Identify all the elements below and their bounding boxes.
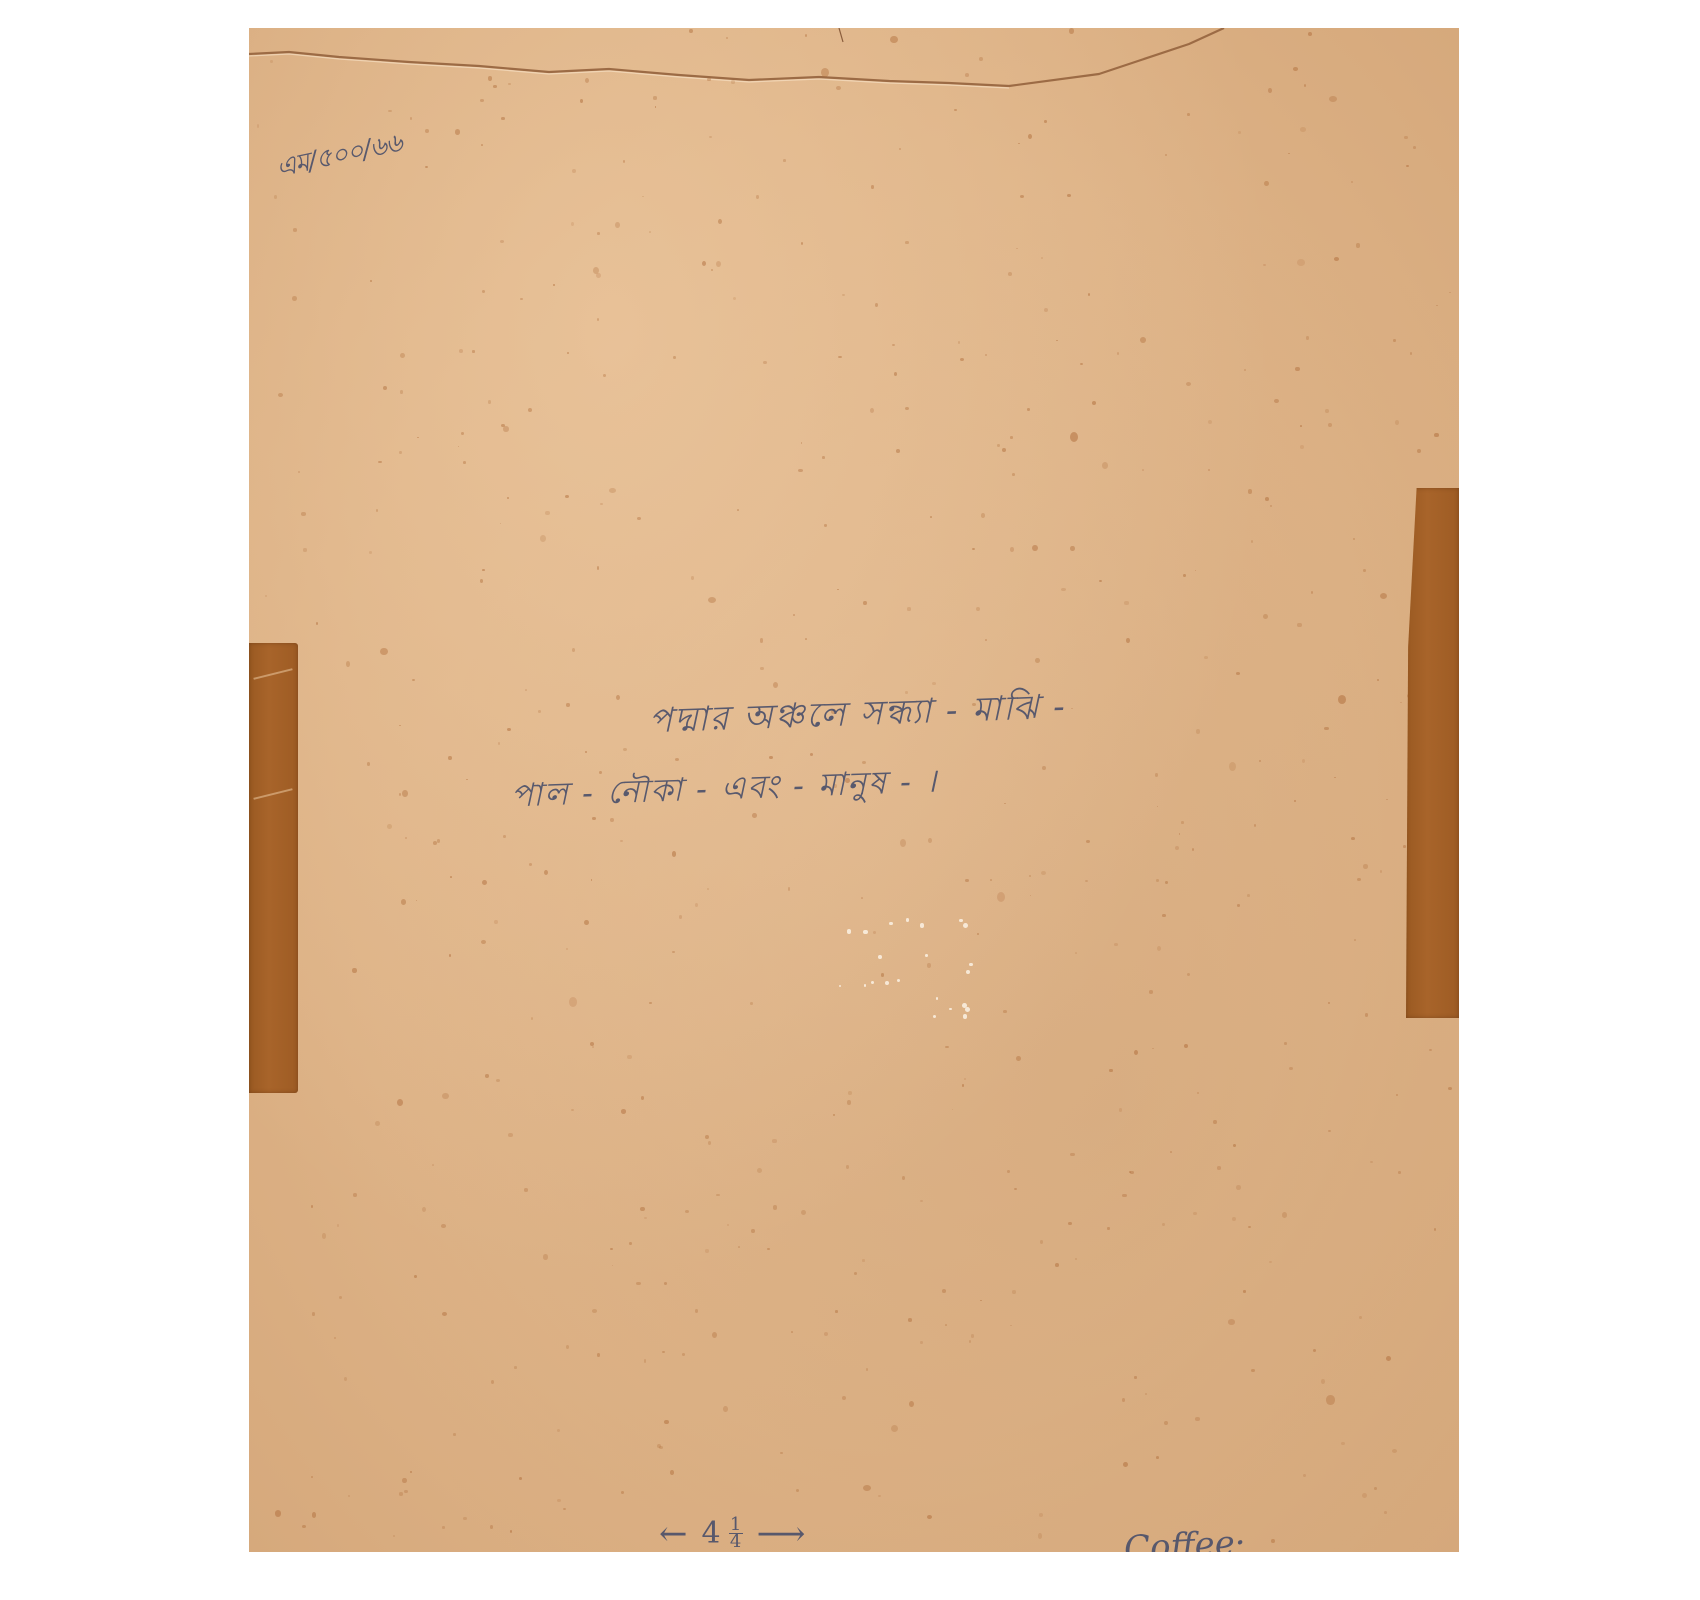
foxing-spot [1448, 1087, 1452, 1090]
foxing-spot [985, 354, 987, 356]
foxing-spot [1126, 638, 1130, 643]
foxing-spot [1434, 433, 1438, 437]
foxing-spot [793, 614, 795, 616]
foxing-spot [401, 899, 406, 905]
foxing-spot [1334, 257, 1339, 261]
foxing-spot [1030, 895, 1032, 896]
foxing-spot [1003, 1010, 1007, 1013]
foxing-spot [508, 1133, 512, 1137]
foxing-spot [767, 1248, 770, 1251]
foxing-spot [705, 1135, 709, 1139]
foxing-spot [1164, 1421, 1168, 1425]
foxing-spot [905, 407, 909, 410]
foxing-spot [620, 840, 623, 842]
foxing-spot [600, 503, 603, 506]
foxing-spot [848, 1091, 853, 1095]
measurement-whole: 4 [702, 1516, 721, 1551]
foxing-spot [750, 1002, 753, 1005]
foxing-spot [670, 1470, 675, 1475]
foxing-spot [265, 595, 267, 596]
foxing-spot [733, 297, 736, 300]
foxing-spot [894, 372, 897, 376]
foxing-spot [1041, 871, 1046, 875]
foxing-spot [821, 68, 829, 77]
right-tape-strip [1406, 488, 1459, 1018]
foxing-spot [603, 374, 606, 377]
foxing-spot [503, 835, 506, 838]
foxing-spot [1070, 546, 1074, 551]
foxing-spot [1295, 367, 1300, 371]
foxing-spot [708, 597, 716, 603]
foxing-spot [659, 1446, 663, 1449]
foxing-spot [891, 1425, 898, 1432]
foxing-spot [1386, 799, 1388, 801]
foxing-spot [367, 762, 370, 765]
foxing-spot [496, 1079, 500, 1082]
foxing-spot [1328, 423, 1332, 427]
foxing-spot [1186, 382, 1191, 386]
foxing-spot [1429, 1049, 1432, 1052]
foxing-spot [414, 1275, 417, 1278]
foxing-spot [702, 261, 706, 266]
foxing-spot [1251, 1369, 1255, 1373]
foxing-spot [510, 1530, 513, 1533]
foxing-spot [1328, 1002, 1330, 1004]
foxing-spot [1380, 870, 1383, 873]
aged-board: এম/৫০০/৬৬ পদ্মার অঞ্চলে সন্ধ্যা - মাঝি -… [249, 28, 1459, 1552]
foxing-spot [1434, 1228, 1437, 1231]
foxing-spot [590, 1042, 594, 1046]
foxing-spot [1289, 1067, 1292, 1070]
light-fleck [906, 918, 909, 921]
foxing-spot [275, 1510, 282, 1517]
foxing-spot [1282, 1212, 1287, 1218]
foxing-spot [908, 1318, 913, 1322]
foxing-spot [738, 1246, 741, 1248]
foxing-spot [1038, 1533, 1043, 1539]
foxing-spot [1244, 369, 1246, 371]
foxing-spot [1002, 448, 1006, 452]
foxing-spot [567, 352, 569, 354]
tape-wrinkle [253, 668, 292, 680]
foxing-spot [507, 497, 509, 498]
foxing-spot [571, 1109, 574, 1111]
foxing-spot [1334, 777, 1336, 779]
foxing-spot [1117, 352, 1119, 355]
foxing-spot [1156, 879, 1159, 883]
signature: Coffee· [1123, 1523, 1247, 1552]
foxing-spot [928, 838, 932, 843]
foxing-spot [571, 222, 574, 226]
foxing-spot [1248, 1226, 1251, 1228]
foxing-spot [488, 76, 492, 81]
foxing-spot [712, 1332, 717, 1338]
foxing-spot [1075, 1258, 1077, 1260]
foxing-spot [673, 356, 676, 359]
light-fleck [885, 981, 889, 985]
foxing-spot [388, 110, 391, 113]
foxing-spot [1228, 1319, 1235, 1325]
foxing-spot [1016, 1056, 1021, 1061]
foxing-spot [900, 839, 906, 847]
foxing-spot [1016, 248, 1018, 249]
foxing-spot [637, 517, 641, 521]
foxing-spot [1041, 257, 1043, 259]
foxing-spot [1092, 401, 1097, 406]
foxing-spot [1238, 131, 1242, 134]
foxing-spot [507, 728, 511, 731]
foxing-spot [501, 424, 505, 427]
foxing-spot [449, 954, 452, 957]
foxing-spot [322, 1233, 326, 1239]
foxing-spot [480, 99, 484, 102]
foxing-spot [1040, 1240, 1044, 1244]
foxing-spot [1288, 153, 1290, 154]
foxing-spot [540, 535, 546, 542]
foxing-spot [649, 1002, 651, 1005]
foxing-spot [621, 1491, 624, 1494]
foxing-spot [1325, 409, 1329, 413]
foxing-spot [442, 1312, 447, 1316]
foxing-spot [863, 601, 866, 605]
foxing-spot [873, 931, 876, 934]
foxing-spot [376, 509, 378, 511]
light-fleck [933, 1015, 936, 1018]
foxing-spot [1157, 946, 1161, 951]
paper-crease-line [249, 28, 1459, 108]
foxing-spot [1354, 939, 1356, 941]
left-tape-strip [249, 643, 298, 1093]
foxing-spot [1042, 766, 1046, 771]
foxing-spot [1380, 593, 1387, 599]
foxing-spot [682, 1353, 685, 1356]
foxing-spot [565, 495, 569, 499]
foxing-spot [566, 703, 570, 706]
light-fleck [963, 1014, 968, 1019]
foxing-spot [1195, 1417, 1200, 1421]
foxing-spot [302, 1525, 306, 1528]
catalog-code-mark: এম/৫০০/৬৬ [272, 122, 406, 191]
foxing-spot [1035, 658, 1039, 663]
foxing-spot [664, 1282, 668, 1285]
foxing-spot [1263, 264, 1266, 266]
foxing-spot [1393, 339, 1395, 342]
foxing-spot [805, 638, 808, 640]
foxing-spot [610, 1248, 613, 1250]
light-fleck [936, 997, 939, 1000]
foxing-spot [763, 361, 767, 365]
foxing-spot [824, 1332, 829, 1337]
foxing-spot [1119, 1108, 1123, 1111]
foxing-spot [488, 400, 491, 404]
foxing-spot [348, 1495, 351, 1498]
foxing-spot [597, 1353, 600, 1356]
foxing-spot [985, 639, 987, 641]
foxing-spot [514, 1366, 517, 1368]
foxing-spot [1039, 1513, 1044, 1517]
foxing-spot [425, 166, 428, 169]
foxing-spot [796, 1489, 799, 1492]
foxing-spot [716, 1194, 719, 1196]
foxing-spot [1107, 1227, 1109, 1230]
foxing-spot [1213, 1120, 1216, 1124]
foxing-spot [1386, 1356, 1391, 1361]
foxing-spot [905, 241, 908, 244]
foxing-spot [1392, 1449, 1397, 1453]
foxing-spot [344, 1377, 347, 1381]
fraction-denominator: 4 [730, 1534, 741, 1550]
foxing-spot [791, 1331, 793, 1333]
foxing-spot [399, 451, 402, 455]
foxing-spot [404, 1490, 408, 1493]
foxing-spot [402, 790, 408, 797]
light-fleck [889, 922, 892, 925]
foxing-spot [969, 1340, 971, 1342]
foxing-spot [1436, 305, 1438, 307]
foxing-spot [1254, 824, 1257, 827]
foxing-spot [1123, 1462, 1128, 1467]
foxing-spot [490, 1525, 493, 1529]
foxing-spot [293, 228, 297, 231]
light-fleck [969, 963, 972, 966]
foxing-spot [482, 290, 485, 293]
foxing-spot [1028, 134, 1032, 139]
foxing-spot [292, 296, 297, 300]
foxing-spot [641, 1096, 645, 1100]
foxing-spot [997, 892, 1005, 902]
foxing-spot [1359, 1316, 1362, 1320]
foxing-spot [1155, 773, 1158, 777]
foxing-spot [870, 408, 874, 413]
light-fleck [962, 1003, 967, 1008]
foxing-spot [945, 1324, 947, 1326]
foxing-spot [1236, 672, 1240, 675]
foxing-spot [1321, 1379, 1325, 1384]
foxing-spot [1055, 1263, 1059, 1267]
foxing-spot [709, 136, 712, 139]
foxing-spot [442, 1526, 445, 1528]
foxing-spot [378, 461, 382, 464]
foxing-spot [1293, 67, 1298, 70]
width-measurement: ← 4 1 4 ⟶ [659, 1516, 805, 1551]
foxing-spot [425, 129, 429, 133]
foxing-spot [303, 548, 306, 551]
light-fleck [959, 919, 962, 922]
foxing-spot [945, 1046, 949, 1049]
foxing-spot [629, 1242, 632, 1245]
foxing-spot [997, 444, 1000, 447]
foxing-spot [612, 1265, 614, 1267]
foxing-spot [1010, 436, 1013, 438]
light-fleck [920, 923, 924, 927]
foxing-spot [981, 513, 986, 518]
foxing-spot [1122, 1398, 1126, 1402]
foxing-spot [727, 1224, 729, 1226]
foxing-spot [1027, 408, 1030, 411]
foxing-spot [596, 273, 601, 278]
foxing-spot [1300, 445, 1304, 449]
foxing-spot [400, 353, 405, 358]
foxing-spot [399, 1492, 403, 1495]
foxing-spot [1145, 1393, 1147, 1395]
foxing-spot [1263, 614, 1268, 619]
foxing-spot [563, 1508, 566, 1510]
foxing-spot [769, 756, 773, 759]
foxing-spot [757, 1168, 763, 1174]
foxing-spot [1404, 136, 1408, 140]
foxing-spot [528, 408, 533, 413]
foxing-spot [1070, 1153, 1075, 1157]
foxing-spot [640, 1207, 645, 1212]
foxing-spot [960, 358, 964, 361]
foxing-spot [1351, 837, 1355, 840]
foxing-spot [370, 280, 372, 282]
foxing-spot [1070, 432, 1078, 442]
foxing-spot [1400, 702, 1402, 703]
foxing-spot [691, 576, 694, 580]
foxing-spot [737, 509, 739, 511]
foxing-spot [557, 1429, 560, 1432]
foxing-spot [416, 900, 418, 901]
foxing-spot [1056, 340, 1058, 342]
measurement-fraction: 1 4 [729, 1517, 743, 1550]
foxing-spot [1196, 729, 1199, 733]
foxing-spot [508, 83, 510, 86]
foxing-spot [337, 1224, 340, 1226]
foxing-spot [623, 748, 627, 751]
foxing-spot [824, 524, 828, 527]
foxing-spot [878, 1495, 881, 1497]
foxing-spot [751, 1229, 754, 1233]
light-fleck [847, 929, 852, 934]
foxing-spot [731, 80, 734, 83]
foxing-spot [1086, 840, 1090, 843]
foxing-spot [1449, 292, 1451, 293]
foxing-spot [580, 99, 583, 103]
foxing-spot [1018, 143, 1020, 144]
foxing-spot [609, 488, 616, 493]
foxing-spot [480, 579, 483, 583]
foxing-spot [1396, 1094, 1398, 1096]
foxing-spot [410, 1471, 412, 1473]
foxing-spot [544, 870, 548, 875]
foxing-spot [1365, 1013, 1368, 1016]
foxing-spot [312, 1512, 317, 1518]
light-fleck [897, 979, 901, 983]
foxing-spot [1010, 547, 1015, 552]
foxing-spot [519, 1477, 523, 1480]
foxing-spot [334, 1337, 336, 1339]
foxing-spot [801, 242, 803, 245]
foxing-spot [1085, 880, 1088, 882]
foxing-spot [1044, 120, 1047, 123]
foxing-spot [1130, 1171, 1133, 1174]
foxing-spot [920, 1200, 923, 1202]
foxing-spot [481, 144, 483, 146]
foxing-spot [422, 1207, 426, 1212]
foxing-spot [380, 648, 388, 655]
foxing-spot [718, 219, 722, 224]
foxing-spot [417, 437, 419, 438]
foxing-spot [346, 661, 351, 667]
foxing-spot [716, 261, 721, 267]
foxing-spot [1152, 1048, 1154, 1050]
foxing-spot [1370, 1161, 1373, 1163]
foxing-spot [636, 1282, 641, 1285]
foxing-spot [1403, 845, 1406, 848]
image-stage: এম/৫০০/৬৬ পদ্মার অঞ্চলে সন্ধ্যা - মাঝি -… [0, 0, 1700, 1600]
foxing-spot [685, 1210, 689, 1213]
foxing-spot [822, 456, 825, 459]
left-arrow-icon: ← [659, 1519, 688, 1549]
foxing-spot [672, 951, 675, 954]
foxing-spot [441, 1224, 446, 1228]
foxing-spot [842, 294, 845, 297]
foxing-spot [383, 386, 387, 390]
foxing-spot [450, 876, 452, 878]
foxing-spot [375, 1121, 380, 1126]
foxing-spot [833, 1114, 836, 1116]
foxing-spot [1306, 336, 1310, 339]
foxing-spot [972, 548, 975, 550]
foxing-spot [788, 887, 791, 890]
foxing-spot [494, 920, 498, 924]
foxing-spot [1284, 1042, 1287, 1045]
foxing-spot [675, 758, 679, 761]
foxing-spot [664, 1420, 669, 1424]
foxing-spot [1012, 473, 1015, 476]
foxing-spot [1308, 32, 1312, 36]
foxing-spot [1192, 848, 1194, 851]
foxing-spot [1297, 623, 1301, 628]
foxing-spot [553, 284, 555, 286]
foxing-spot [493, 85, 496, 88]
foxing-spot [1377, 679, 1379, 680]
foxing-spot [592, 1309, 597, 1312]
foxing-spot [503, 426, 509, 432]
foxing-spot [442, 1093, 448, 1099]
foxing-spot [1109, 1069, 1112, 1073]
foxing-spot [896, 449, 900, 453]
foxing-spot [1208, 469, 1210, 471]
foxing-spot [1179, 833, 1181, 835]
foxing-spot [871, 185, 874, 188]
foxing-spot [1302, 759, 1305, 763]
foxing-spot [954, 109, 957, 112]
foxing-spot [1122, 1194, 1126, 1198]
foxing-spot [566, 948, 568, 949]
foxing-spot [387, 824, 392, 829]
foxing-spot [1356, 243, 1360, 247]
foxing-spot [461, 432, 464, 435]
foxing-spot [1311, 591, 1314, 594]
foxing-spot [1248, 489, 1253, 494]
foxing-spot [965, 879, 969, 883]
foxing-spot [902, 1176, 905, 1180]
foxing-spot [1398, 1171, 1400, 1173]
foxing-spot [274, 195, 277, 199]
foxing-spot [964, 1078, 966, 1080]
foxing-spot [1088, 293, 1091, 297]
foxing-spot [1324, 727, 1329, 731]
foxing-spot [756, 195, 759, 199]
foxing-spot [1157, 806, 1159, 807]
foxing-spot [437, 839, 441, 843]
foxing-spot [257, 124, 260, 127]
foxing-spot [952, 1109, 954, 1110]
foxing-spot [1417, 449, 1421, 453]
foxing-spot [1184, 1044, 1188, 1048]
